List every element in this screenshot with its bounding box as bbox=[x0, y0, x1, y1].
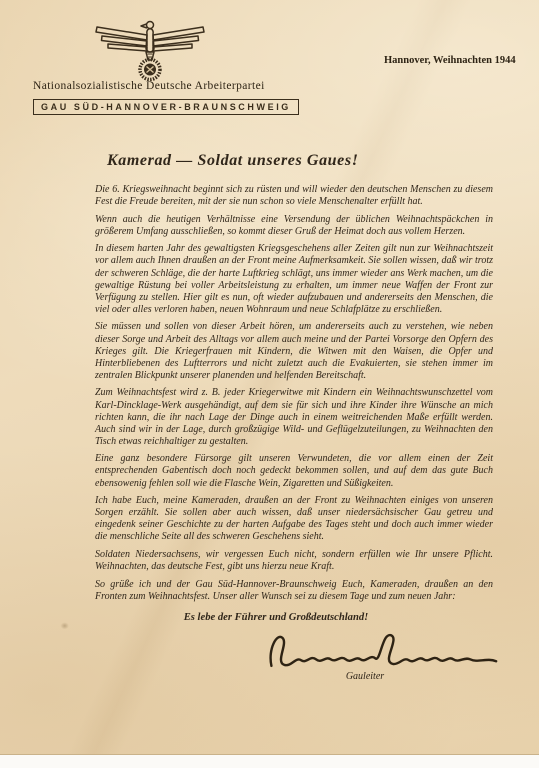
paragraph: Wenn auch die heutigen Verhältnisse eine… bbox=[95, 214, 493, 238]
letter-paper: Nationalsozialistische Deutsche Arbeiter… bbox=[0, 0, 539, 755]
eagle-wreath-emblem-icon bbox=[90, 18, 210, 82]
paragraph: Eine ganz besondere Fürsorge gilt unsere… bbox=[95, 453, 493, 489]
paragraph: In diesem harten Jahr des gewaltigsten K… bbox=[95, 243, 493, 316]
paragraph: Ich habe Euch, meine Kameraden, draußen … bbox=[95, 495, 493, 543]
salutation-heading: Kamerad — Soldat unseres Gaues! bbox=[107, 152, 493, 170]
handwritten-signature bbox=[255, 625, 507, 677]
paragraph: Sie müssen und sollen von dieser Arbeit … bbox=[95, 321, 493, 381]
paragraph: So grüße ich und der Gau Süd-Hannover-Br… bbox=[95, 579, 493, 603]
scanned-letter-screenshot: { "colors": { "paper": "#ecd8b5", "ink":… bbox=[0, 0, 539, 768]
signature-role-label: Gauleiter bbox=[310, 671, 420, 682]
gau-name-box: GAU SÜD-HANNOVER-BRAUNSCHWEIG bbox=[33, 99, 299, 115]
paragraph: Soldaten Niedersachsens, wir vergessen E… bbox=[95, 549, 493, 573]
paragraph: Zum Weihnachtsfest wird z. B. jeder Krie… bbox=[95, 387, 493, 447]
dateline: Hannover, Weihnachten 1944 bbox=[384, 55, 516, 66]
organization-name: Nationalsozialistische Deutsche Arbeiter… bbox=[33, 80, 265, 92]
paragraph: Die 6. Kriegsweihnacht beginnt sich zu r… bbox=[95, 184, 493, 208]
closing-motto: Es lebe der Führer und Großdeutschland! bbox=[95, 612, 457, 623]
letter-body: Kamerad — Soldat unseres Gaues! Die 6. K… bbox=[95, 152, 493, 682]
